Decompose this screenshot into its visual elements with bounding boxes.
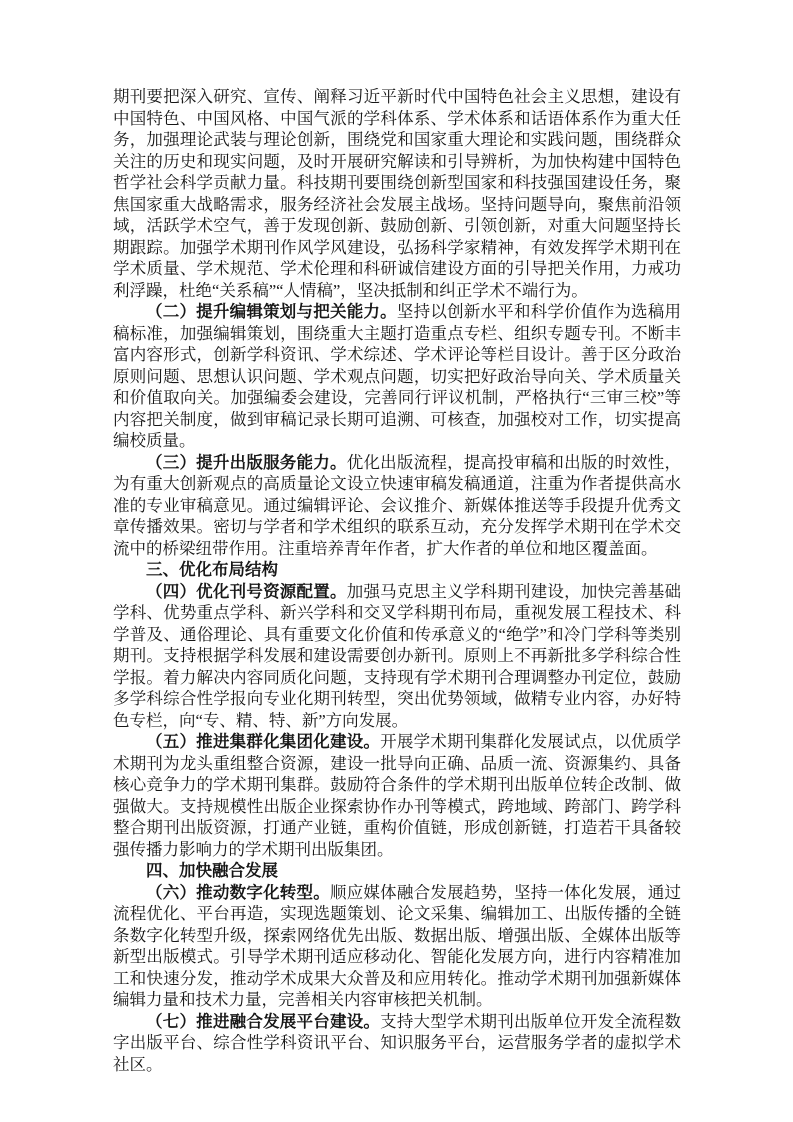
section-heading: 四、加快融合发展 xyxy=(113,860,681,882)
paragraph-lead: （七）推进融合发展平台建设。 xyxy=(146,1012,380,1031)
paragraph-lead: （四）优化刊号资源配置。 xyxy=(146,582,347,601)
paragraph-text: 坚持以创新水平和科学价值作为选稿用稿标准，加强编辑策划，围绕重大主题打造重点专栏… xyxy=(113,302,681,450)
paragraph-lead: （二）提升编辑策划与把关能力。 xyxy=(146,302,397,321)
section-heading: 三、优化布局结构 xyxy=(113,559,681,581)
paragraph-text: 加强马克思主义学科期刊建设，加快完善基础学科、优势重点学科、新兴学科和交叉学科期… xyxy=(113,582,681,730)
body-paragraph: （二）提升编辑策划与把关能力。坚持以创新水平和科学价值作为选稿用稿标准，加强编辑… xyxy=(113,301,681,452)
body-paragraph: （七）推进融合发展平台建设。支持大型学术期刊出版单位开发全流程数字出版平台、综合… xyxy=(113,1011,681,1076)
paragraph-lead: （五）推进集群化集团化建设。 xyxy=(146,732,380,751)
body-paragraph: （五）推进集群化集团化建设。开展学术期刊集群化发展试点，以优质学术期刊为龙头重组… xyxy=(113,731,681,860)
paragraph-text: 期刊要把深入研究、宣传、阐释习近平新时代中国特色社会主义思想，建设有中国特色、中… xyxy=(113,87,681,300)
document-page: 期刊要把深入研究、宣传、阐释习近平新时代中国特色社会主义思想，建设有中国特色、中… xyxy=(0,0,793,1122)
paragraph-lead: （六）推动数字化转型。 xyxy=(146,883,330,902)
paragraph-lead: （三）提升出版服务能力。 xyxy=(146,453,347,472)
body-paragraph: （四）优化刊号资源配置。加强马克思主义学科期刊建设，加快完善基础学科、优势重点学… xyxy=(113,581,681,732)
body-paragraph: （三）提升出版服务能力。优化出版流程，提高投审稿和出版的时效性，为有重大创新观点… xyxy=(113,452,681,560)
body-paragraph: （六）推动数字化转型。顺应媒体融合发展趋势，坚持一体化发展，通过流程优化、平台再… xyxy=(113,882,681,1011)
body-paragraph-continuation: 期刊要把深入研究、宣传、阐释习近平新时代中国特色社会主义思想，建设有中国特色、中… xyxy=(113,86,681,301)
